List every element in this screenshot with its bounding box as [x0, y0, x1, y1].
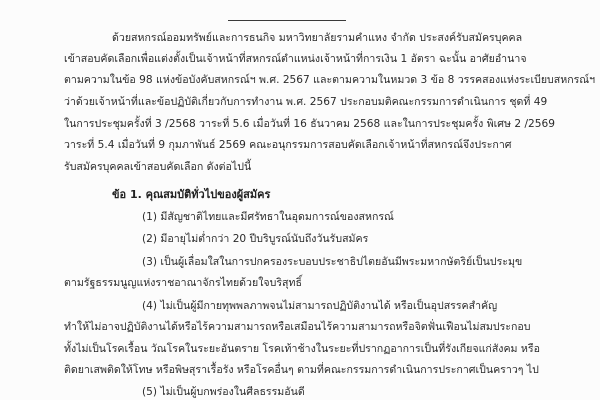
intro-line-5: ในการประชุมครั้งที่ 3 /2568 วาระที่ 5.6 …: [64, 117, 555, 131]
item-4: (4) ไม่เป็นผู้มีกายทุพพลภาพจนไม่สามารถปฏ…: [142, 299, 497, 313]
header-divider: [228, 20, 346, 21]
item-4-continued-2: ทั้งไม่เป็นโรคเรื้อน วัณโรคในระยะอันตราย…: [64, 342, 540, 356]
intro-line-2: เข้าสอบคัดเลือกเพื่อแต่งตั้งเป็นเจ้าหน้า…: [64, 52, 527, 66]
intro-line-1: ด้วยสหกรณ์ออมทรัพย์และการธนกิจ มหาวิทยาล…: [112, 31, 522, 45]
item-3-continued: ตามรัฐธรรมนูญแห่งราชอาณาจักรไทยด้วยใจบริ…: [64, 276, 302, 290]
item-1: (1) มีสัญชาติไทยและมีศรัทธาในอุดมการณ์ขอ…: [142, 210, 394, 224]
intro-line-6: วาระที่ 5.4 เมื่อวันที่ 9 กุมภาพันธ์ 256…: [64, 138, 512, 152]
item-5: (5) ไม่เป็นผู้บกพร่องในศีลธรรมอันดี: [142, 385, 305, 399]
document-page: ด้วยสหกรณ์ออมทรัพย์และการธนกิจ มหาวิทยาล…: [0, 0, 600, 400]
item-4-continued-3: ติดยาเสพติดให้โทษ หรือพิษสุราเรื้อรัง หร…: [64, 363, 539, 377]
intro-line-7: รับสมัครบุคคลเข้าสอบคัดเลือก ดังต่อไปนี้: [64, 160, 251, 174]
intro-line-4: ว่าด้วยเจ้าหน้าที่และข้อปฏิบัติเกี่ยวกับ…: [64, 95, 547, 109]
item-3: (3) เป็นผู้เลื่อมใสในการปกครองระบอบประชา…: [142, 255, 522, 269]
intro-line-3: ตามความในข้อ 98 แห่งข้อบังคับสหกรณ์ฯ พ.ศ…: [64, 73, 595, 87]
section-heading: ข้อ 1. คุณสมบัติทั่วไปของผู้สมัคร: [112, 188, 270, 202]
item-2: (2) มีอายุไม่ต่ำกว่า 20 ปีบริบูรณ์นับถึง…: [142, 232, 368, 246]
item-4-continued-1: ทำให้ไม่อาจปฏิบัติงานได้หรือไร้ความสามาร…: [64, 320, 531, 334]
